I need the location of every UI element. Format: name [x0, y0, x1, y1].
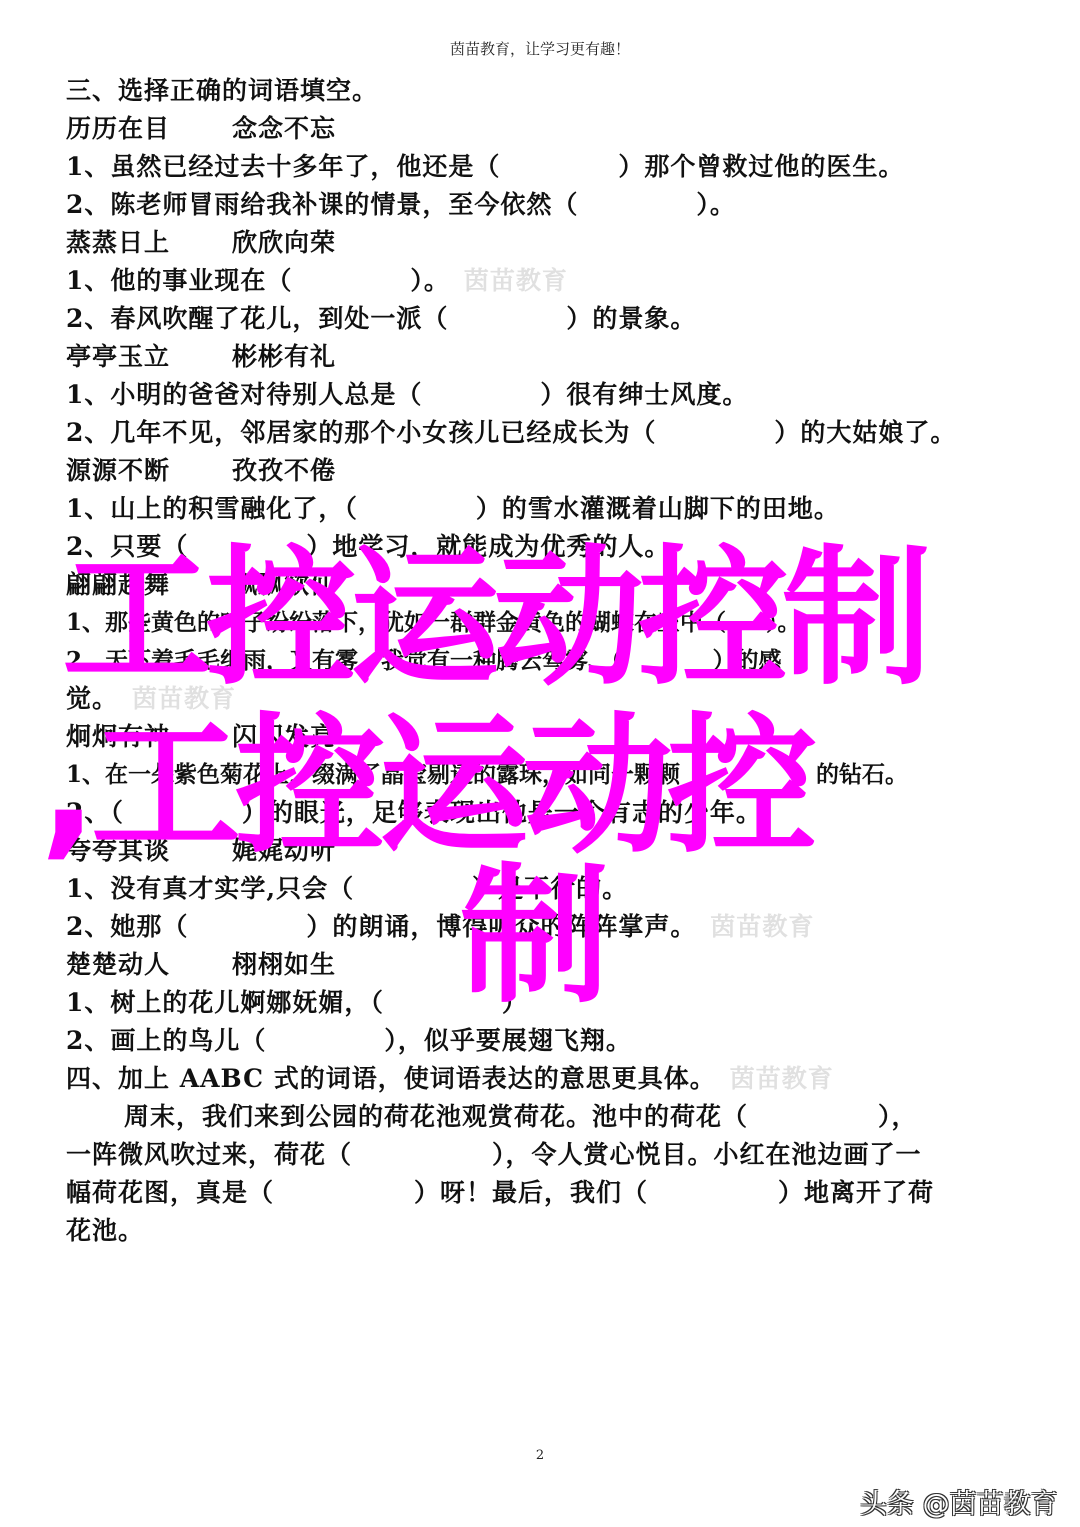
- sentence-text: ）的大姑娘了。: [774, 418, 956, 447]
- watermark: 茵苗教育: [730, 1064, 834, 1093]
- sentence-5-2: 2、天下着毛毛细雨，又有雾，我觉有一种腾云驾雾、（）的感: [66, 642, 782, 680]
- sentence-text: 1、在一朵紫色菊花上，缀满了晶莹剔透的露珠，如同一颗颗（: [66, 761, 703, 788]
- paragraph-line-3: 幅荷花图，真是（）呀！最后，我们（）地离开了荷: [66, 1174, 934, 1212]
- sentence-text: ）地学习，就能成为优秀的人。: [306, 532, 670, 561]
- sentence-text: ）: [502, 988, 528, 1017]
- page-number: 2: [0, 1448, 1080, 1463]
- paragraph-text: 花池。: [66, 1216, 144, 1245]
- sentence-1-1: 1、虽然已经过去十多年了，他还是（）那个曾救过他的医生。: [66, 148, 904, 186]
- sentence-1-2: 2、陈老师冒雨给我补课的情景，至今依然（）。: [66, 186, 736, 224]
- paragraph-text: ），令人赏心悦目。小红在池边画了一: [492, 1140, 922, 1169]
- sentence-text: ）的感: [713, 647, 782, 674]
- word-option: 彬彬有礼: [232, 342, 336, 371]
- word-pair-1: 历历在目念念不忘: [66, 110, 336, 148]
- word-option: 念念不忘: [232, 114, 336, 143]
- sentence-text: 1、那些黄色的叶子纷纷落下，犹如一群群金黄色的蝴蝶在空中（: [66, 609, 726, 636]
- section-title-text: 四、加上 AABC 式的词语，使词语表达的意思更具体。: [66, 1064, 716, 1093]
- sentence-text: ）。: [766, 609, 801, 636]
- sentence-7-2: 2、她那（）的朗诵，博得听众的阵阵掌声。茵苗教育: [66, 908, 814, 946]
- sentence-2-2: 2、春风吹醒了花儿，到处一派（）的景象。: [66, 300, 696, 338]
- word-pair-6: 炯炯有神闪闪发亮: [66, 718, 336, 756]
- sentence-text: 2、春风吹醒了花儿，到处一派（: [66, 304, 448, 333]
- paragraph-line-1: 周末，我们来到公园的荷花池观赏荷花。池中的荷花（），: [66, 1098, 918, 1136]
- sentence-text: ）的景象。: [566, 304, 696, 333]
- word-option: 栩栩如生: [232, 950, 336, 979]
- sentence-text: 2、她那（: [66, 912, 188, 941]
- word-option: 孜孜不倦: [232, 456, 336, 485]
- word-option: 闪闪发亮: [232, 722, 336, 751]
- watermark: 茵苗教育: [464, 266, 568, 295]
- sentence-text: 2、（: [66, 798, 124, 827]
- sentence-5-1: 1、那些黄色的叶子纷纷落下，犹如一群群金黄色的蝴蝶在空中（）。: [66, 604, 801, 642]
- sentence-text: ）的雪水灌溉着山脚下的田地。: [476, 494, 840, 523]
- word-option: 楚楚动人: [66, 950, 170, 979]
- word-option: 娓娓动听: [232, 836, 336, 865]
- sentence-text: 1、虽然已经过去十多年了，他还是（: [66, 152, 500, 181]
- word-option: 飘飘欲仙: [232, 570, 336, 599]
- paragraph-text: 一阵微风吹过来，荷花（: [66, 1140, 352, 1169]
- word-pair-5: 翩翩起舞飘飘欲仙: [66, 566, 336, 604]
- word-pair-4: 源源不断孜孜不倦: [66, 452, 336, 490]
- word-option: 翩翩起舞: [66, 570, 170, 599]
- sentence-4-1: 1、山上的积雪融化了，（）的雪水灌溉着山脚下的田地。: [66, 490, 840, 528]
- paragraph-text: 周末，我们来到公园的荷花池观赏荷花。池中的荷花（: [124, 1102, 748, 1131]
- word-option: 蒸蒸日上: [66, 228, 170, 257]
- sentence-text: 觉。: [66, 684, 118, 713]
- sentence-text: 2、几年不见，邻居家的那个小女孩儿已经成长为（: [66, 418, 656, 447]
- sentence-text: ）的眼光，足够表现出他是一个有志的少年。: [242, 798, 762, 827]
- sentence-text: ）。: [410, 266, 450, 295]
- sentence-6-2: 2、（）的眼光，足够表现出他是一个有志的少年。: [66, 794, 762, 832]
- word-pair-8: 楚楚动人栩栩如生: [66, 946, 336, 984]
- sentence-text: ）。: [696, 190, 736, 219]
- sentence-text: ）的朗诵，博得听众的阵阵掌声。: [306, 912, 696, 941]
- word-option: 炯炯有神: [66, 722, 170, 751]
- word-option: 源源不断: [66, 456, 170, 485]
- word-option: 夸夸其谈: [66, 836, 170, 865]
- sentence-3-1: 1、小明的爸爸对待别人总是（）很有绅士风度。: [66, 376, 748, 414]
- sentence-6-1: 1、在一朵紫色菊花上，缀满了晶莹剔透的露珠，如同一颗颗（）的钻石。: [66, 756, 908, 794]
- sentence-text: 2、只要（: [66, 532, 188, 561]
- sentence-2-1: 1、他的事业现在（）。茵苗教育: [66, 262, 568, 300]
- paragraph-text: 幅荷花图，真是（: [66, 1178, 274, 1207]
- sentence-8-2: 2、画上的鸟儿（），似乎要展翅飞翔。: [66, 1022, 632, 1060]
- watermark: 茵苗教育: [710, 912, 814, 941]
- sentence-text: ）很有绅士风度。: [540, 380, 748, 409]
- word-option: 欣欣向荣: [232, 228, 336, 257]
- sentence-text: 2、画上的鸟儿（: [66, 1026, 266, 1055]
- word-pair-7: 夸夸其谈娓娓动听: [66, 832, 336, 870]
- word-pair-3: 亭亭玉立彬彬有礼: [66, 338, 336, 376]
- paragraph-text: ），: [878, 1102, 918, 1131]
- paragraph-text: ）呀！最后，我们（: [414, 1178, 648, 1207]
- sentence-8-1: 1、树上的花儿婀娜妩媚，（）: [66, 984, 528, 1022]
- paragraph-text: ）地离开了荷: [778, 1178, 934, 1207]
- sentence-4-2: 2、只要（）地学习，就能成为优秀的人。: [66, 528, 670, 566]
- sentence-7-1: 1、没有真才实学,只会（）是不行的。: [66, 870, 628, 908]
- section-4-title: 四、加上 AABC 式的词语，使词语表达的意思更具体。茵苗教育: [66, 1060, 834, 1098]
- word-option: 历历在目: [66, 114, 170, 143]
- sentence-text: 1、树上的花儿婀娜妩媚，（: [66, 988, 384, 1017]
- sentence-text: 1、没有真才实学,只会（: [66, 874, 354, 903]
- sentence-text: 1、小明的爸爸对待别人总是（: [66, 380, 422, 409]
- source-watermark: 头条 @茵苗教育: [860, 1482, 1058, 1521]
- sentence-text: 2、天下着毛毛细雨，又有雾，我觉有一种腾云驾雾、（: [66, 647, 623, 674]
- sentence-5-2-continuation: 觉。茵苗教育: [66, 680, 236, 718]
- watermark: 茵苗教育: [132, 684, 236, 713]
- sentence-text: 2、陈老师冒雨给我补课的情景，至今依然（: [66, 190, 578, 219]
- paragraph-line-4: 花池。: [66, 1212, 144, 1250]
- sentence-text: ）的钻石。: [793, 761, 908, 788]
- sentence-text: ），似乎要展翅飞翔。: [384, 1026, 632, 1055]
- sentence-text: 1、他的事业现在（: [66, 266, 292, 295]
- section-3-title: 三、选择正确的词语填空。: [66, 72, 378, 110]
- sentence-3-2: 2、几年不见，邻居家的那个小女孩儿已经成长为（）的大姑娘了。: [66, 414, 956, 452]
- word-pair-2: 蒸蒸日上欣欣向荣: [66, 224, 336, 262]
- word-option: 亭亭玉立: [66, 342, 170, 371]
- sentence-text: ）那个曾救过他的医生。: [618, 152, 904, 181]
- paragraph-line-2: 一阵微风吹过来，荷花（），令人赏心悦目。小红在池边画了一: [66, 1136, 922, 1174]
- page-header: 茵苗教育，让学习更有趣！: [0, 38, 1080, 59]
- sentence-text: ）是不行的。: [472, 874, 628, 903]
- sentence-text: 1、山上的积雪融化了，（: [66, 494, 358, 523]
